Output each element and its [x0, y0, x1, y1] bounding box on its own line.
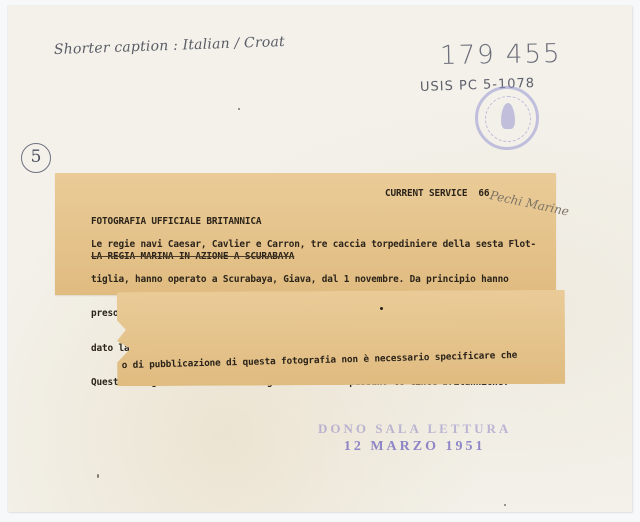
ink-speck: [97, 474, 99, 478]
ink-speck: [238, 108, 240, 110]
embassy-stamp: [475, 86, 539, 150]
caption-clipping-2: o di pubblicazione di questa fotografia …: [117, 290, 565, 386]
ink-speck: [380, 307, 383, 310]
catalog-number: 179 455: [440, 39, 562, 71]
body-line: o di pubblicazione di questa fotografia …: [122, 350, 518, 372]
caption-clipping-1: FOTOGRAFIA UFFICIALE BRITANNICA LA REGIA…: [55, 173, 556, 295]
ink-speck: [504, 504, 506, 506]
service-label: CURRENT SERVICE 66: [385, 188, 489, 200]
circled-number: 5: [21, 143, 51, 173]
shield-icon: [501, 103, 515, 129]
body-line: Le regie navi Caesar, Cavlier e Carron, …: [91, 239, 536, 251]
library-date-stamp: DONO SALA LETTURA 12 MARZO 1951: [318, 421, 511, 455]
body-line: tiglia, hanno operato a Scurabaya, Giava…: [91, 274, 536, 286]
stamp-line-date: 12 MARZO 1951: [318, 439, 511, 455]
stamp-line-donation: DONO SALA LETTURA: [318, 421, 511, 437]
